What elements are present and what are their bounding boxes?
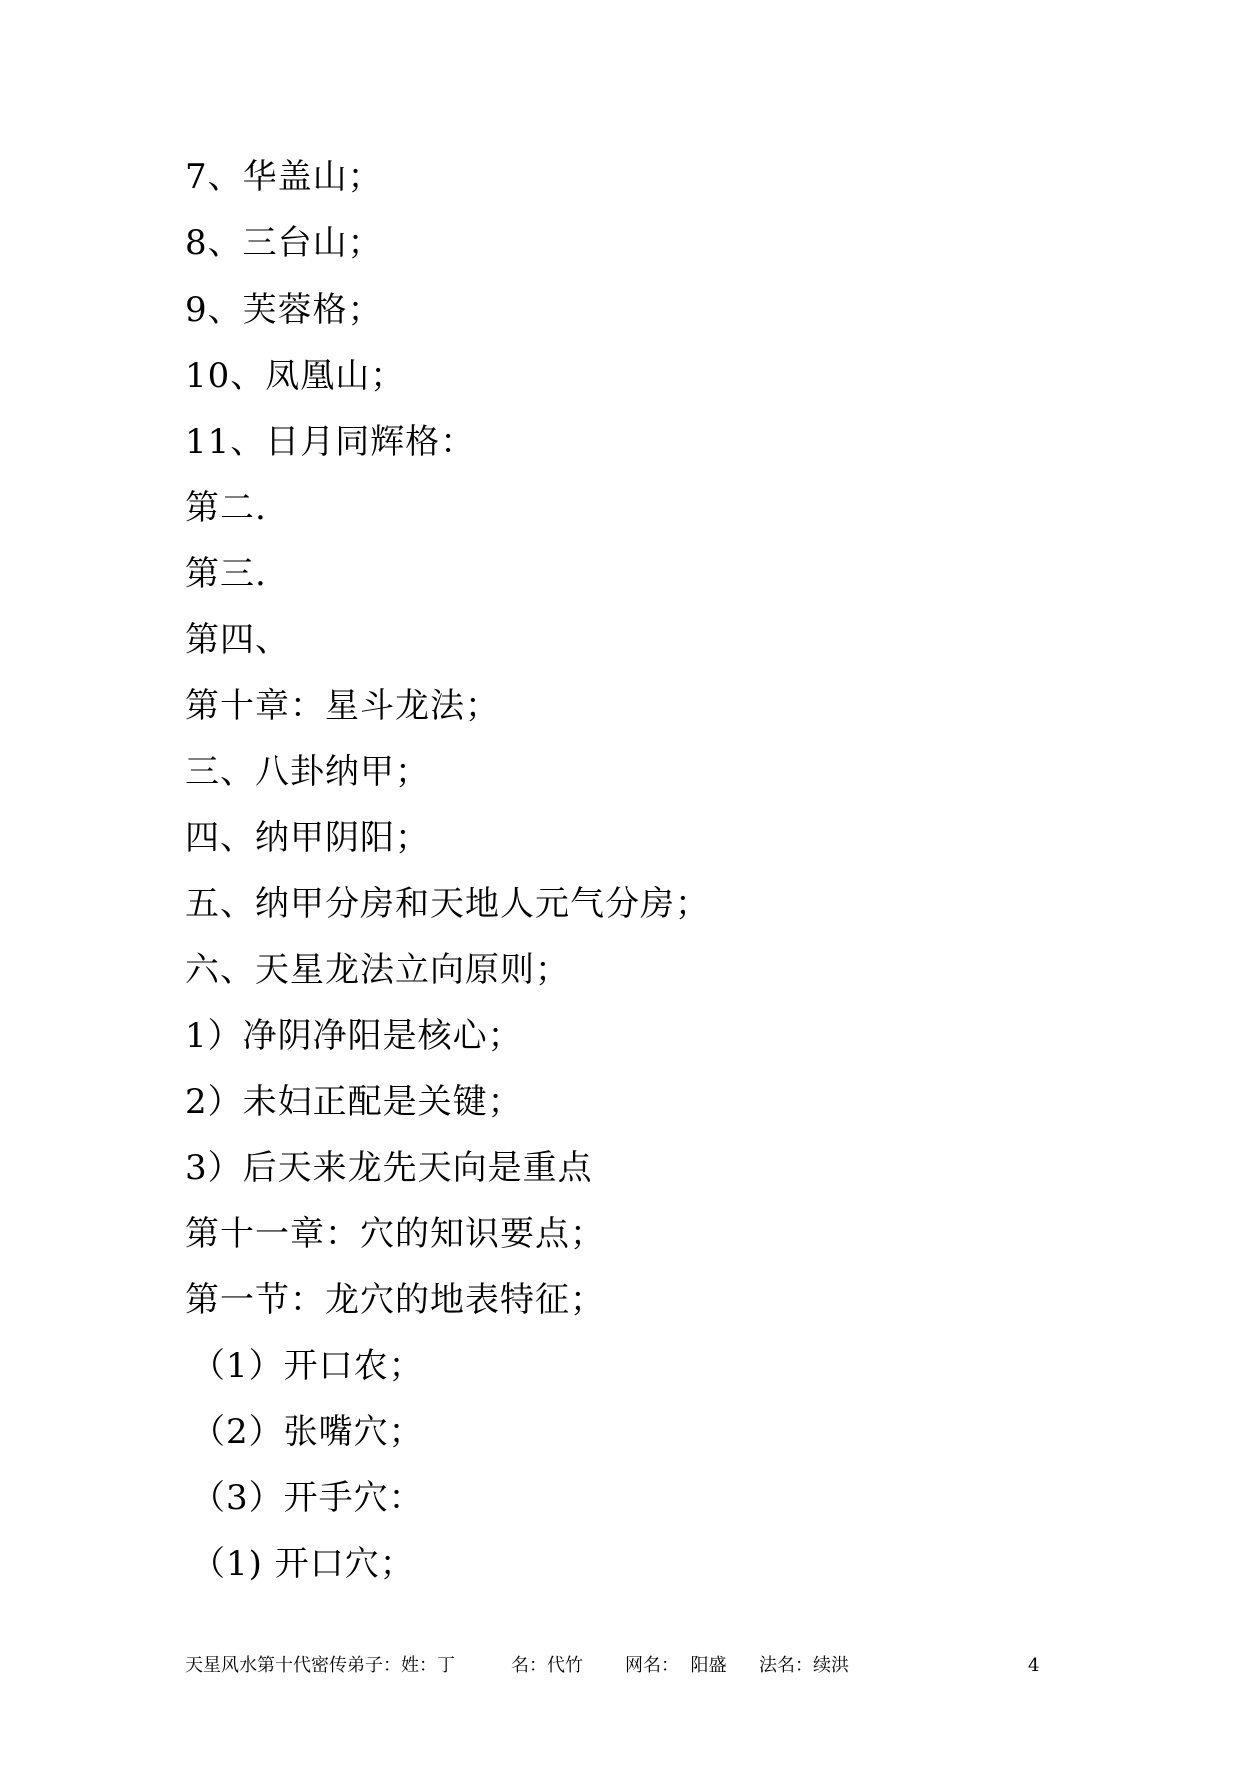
list-item: 2）未妇正配是关键； xyxy=(185,1082,523,1122)
list-item: （2）张嘴穴； xyxy=(191,1412,424,1452)
list-item: （3）开手穴： xyxy=(191,1478,424,1518)
list-item: 3）后天来龙先天向是重点 xyxy=(185,1148,593,1188)
list-item: 10、凤凰山； xyxy=(185,356,405,396)
list-item: （1）开口农； xyxy=(191,1346,424,1386)
chapter-heading: 第十章：星斗龙法； xyxy=(185,686,500,726)
footer-dharma-name: 法名：续洪 xyxy=(759,1654,849,1678)
list-item: 三、八卦纳甲； xyxy=(185,752,430,792)
section-heading: 第四、 xyxy=(185,620,290,660)
page-footer: 天星风水第十代密传弟子：姓：丁 名：代竹 网名： 阳盛 法名：续洪 4 xyxy=(185,1654,1065,1678)
list-item: 六、天星龙法立向原则； xyxy=(185,950,570,990)
page-number: 4 xyxy=(1028,1654,1039,1678)
footer-lineage: 天星风水第十代密传弟子：姓：丁 xyxy=(185,1654,455,1678)
list-item: （1) 开口穴； xyxy=(191,1544,415,1584)
list-item: 1）净阴净阳是核心； xyxy=(185,1016,523,1056)
section-heading: 第二. xyxy=(185,488,267,528)
list-item: 8、三台山； xyxy=(185,223,383,263)
list-item: 7、华盖山； xyxy=(185,157,383,197)
document-page: 7、华盖山； 8、三台山； 9、芙蓉格； 10、凤凰山； 11、日月同辉格： 第… xyxy=(0,0,1258,1778)
list-item: 9、芙蓉格； xyxy=(185,290,383,330)
list-item: 四、纳甲阴阳； xyxy=(185,818,430,858)
section-heading: 第三. xyxy=(185,554,267,594)
list-item: 五、纳甲分房和天地人元气分房； xyxy=(185,884,710,924)
section-heading: 第一节：龙穴的地表特征； xyxy=(185,1280,605,1320)
footer-net-name: 网名： 阳盛 xyxy=(625,1654,726,1678)
list-item: 11、日月同辉格： xyxy=(185,422,475,462)
chapter-heading: 第十一章：穴的知识要点； xyxy=(185,1214,605,1254)
footer-name: 名：代竹 xyxy=(511,1654,583,1678)
